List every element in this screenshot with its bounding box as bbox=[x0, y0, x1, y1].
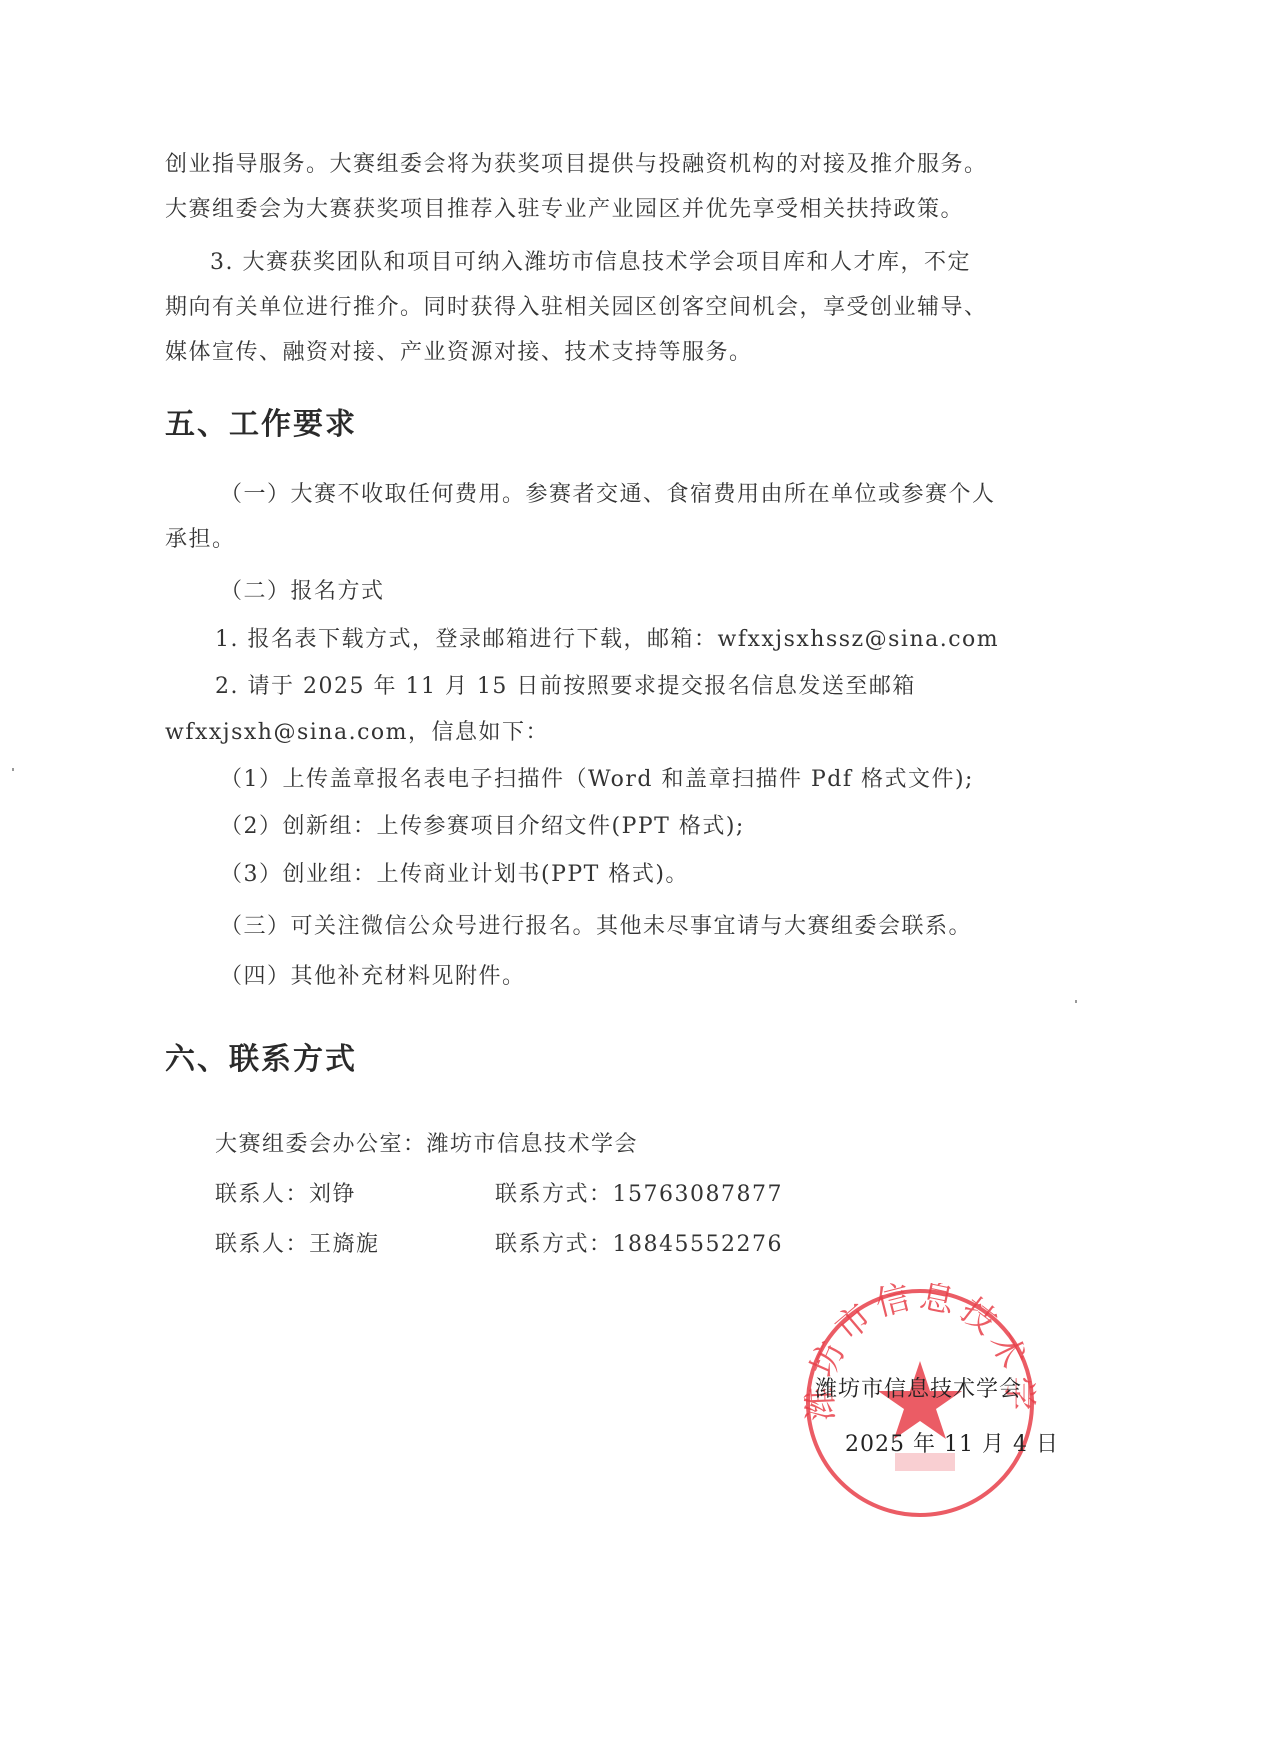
section5-p2-title: （二）报名方式 bbox=[220, 577, 385, 607]
contact-phone: 联系方式：15763087877 bbox=[495, 1180, 783, 1210]
scan-speck bbox=[12, 768, 14, 771]
item3-line: 3. 大赛获奖团队和项目可纳入潍坊市信息技术学会项目库和人才库，不定 bbox=[210, 248, 971, 278]
signing-date: 2025 年 11 月 4 日 bbox=[845, 1430, 1059, 1460]
sub-item: （2）创新组：上传参赛项目介绍文件(PPT 格式); bbox=[220, 812, 745, 842]
contact-person: 联系人：刘铮 bbox=[215, 1180, 356, 1210]
section5-p3: （三）可关注微信公众号进行报名。其他未尽事宜请与大赛组委会联系。 bbox=[220, 912, 972, 942]
sub-item: （1）上传盖章报名表电子扫描件（Word 和盖章扫描件 Pdf 格式文件); bbox=[220, 765, 974, 795]
document-page: 创业指导服务。大赛组委会将为获奖项目提供与投融资机构的对接及推介服务。 大赛组委… bbox=[0, 0, 1275, 1754]
paragraph-line: 创业指导服务。大赛组委会将为获奖项目提供与投融资机构的对接及推介服务。 bbox=[165, 150, 988, 180]
section5-heading: 五、工作要求 bbox=[165, 405, 357, 445]
item3-line: 期向有关单位进行推介。同时获得入驻相关园区创客空间机会，享受创业辅导、 bbox=[165, 293, 988, 323]
section5-p1-line: 承担。 bbox=[165, 525, 236, 555]
scan-speck bbox=[1075, 1000, 1077, 1003]
section5-p4: （四）其他补充材料见附件。 bbox=[220, 962, 526, 992]
sub-item: （3）创业组：上传商业计划书(PPT 格式)。 bbox=[220, 860, 689, 890]
organizer-office: 大赛组委会办公室：潍坊市信息技术学会 bbox=[215, 1130, 638, 1160]
section5-p2-item2-line: wfxxjsxh@sina.com，信息如下： bbox=[165, 718, 549, 748]
contact-phone: 联系方式：18845552276 bbox=[495, 1230, 783, 1260]
section5-p1-line: （一）大赛不收取任何费用。参赛者交通、食宿费用由所在单位或参赛个人 bbox=[220, 480, 996, 510]
contact-person: 联系人：王旖旎 bbox=[215, 1230, 380, 1260]
section5-p2-item2-line: 2. 请于 2025 年 11 月 15 日前按照要求提交报名信息发送至邮箱 bbox=[215, 672, 916, 702]
paragraph-line: 大赛组委会为大赛获奖项目推荐入驻专业产业园区并优先享受相关扶持政策。 bbox=[165, 195, 964, 225]
section6-heading: 六、联系方式 bbox=[165, 1040, 357, 1080]
item3-line: 媒体宣传、融资对接、产业资源对接、技术支持等服务。 bbox=[165, 338, 753, 368]
section5-p2-item1: 1. 报名表下载方式，登录邮箱进行下载，邮箱：wfxxjsxhssz@sina.… bbox=[215, 625, 999, 655]
signing-organization: 潍坊市信息技术学会 bbox=[815, 1375, 1022, 1405]
